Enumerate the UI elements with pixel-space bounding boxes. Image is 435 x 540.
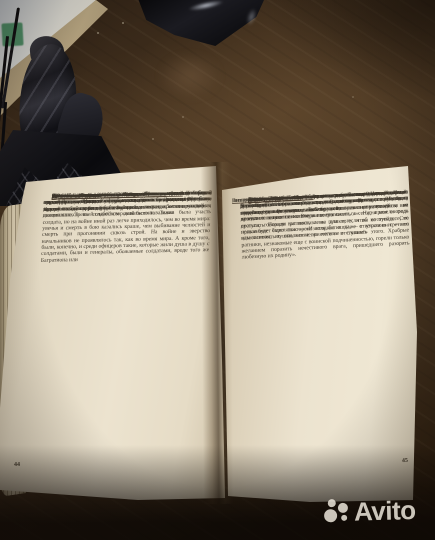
avito-wordmark: Avito [354, 496, 416, 525]
avito-logo-icon [324, 498, 352, 526]
photo-of-open-book: К моменту перехода Наполеона через Неман… [0, 0, 435, 540]
avito-watermark: Avito [324, 492, 431, 531]
photo-vignette [0, 0, 435, 540]
